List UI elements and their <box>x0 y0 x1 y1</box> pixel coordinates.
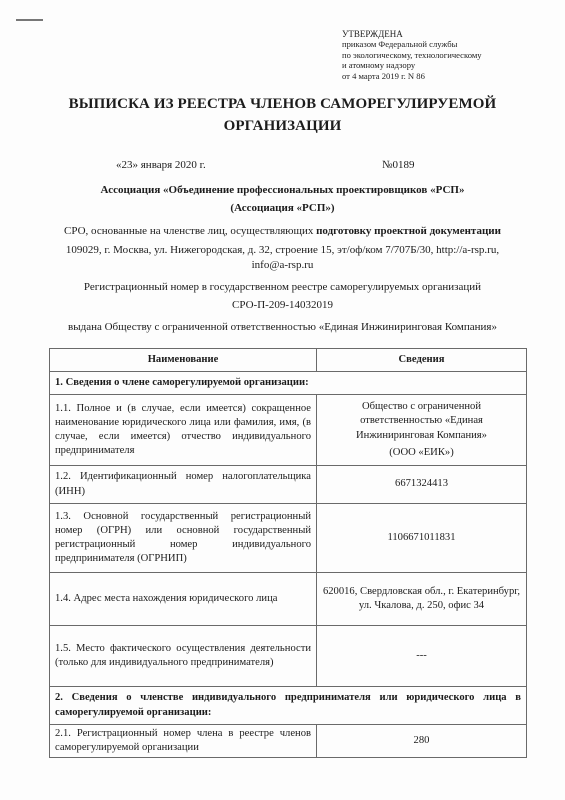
document-date: «23» января 2020 г. <box>116 159 206 171</box>
row-1-1-value: Общество с ограниченной ответственностью… <box>317 395 527 466</box>
document-title-line1: ВЫПИСКА ИЗ РЕЕСТРА ЧЛЕНОВ САМОРЕГУЛИРУЕМ… <box>0 93 565 115</box>
sro-activity: подготовку проектной документации <box>316 225 501 237</box>
approval-line: по экологическому, технологическому <box>342 50 482 60</box>
document-number: №0189 <box>382 159 415 171</box>
row-1-1-value-short: (ООО «ЕИК») <box>322 446 521 460</box>
row-1-2-value: 6671324413 <box>317 466 527 504</box>
table-header-row: Наименование Сведения <box>50 349 527 372</box>
approval-line: приказом Федеральной службы <box>342 39 482 49</box>
issued-to: выдана Обществу с ограниченной ответстве… <box>0 320 565 334</box>
document-title: ВЫПИСКА ИЗ РЕЕСТРА ЧЛЕНОВ САМОРЕГУЛИРУЕМ… <box>0 93 565 137</box>
registry-table: Наименование Сведения 1. Сведения о член… <box>49 348 527 758</box>
row-1-1-value-full: Общество с ограниченной ответственностью… <box>322 400 521 443</box>
row-1-4-name: 1.4. Адрес места нахождения юридического… <box>50 573 317 626</box>
organization-short-name: (Ассоциация «РСП») <box>0 201 565 215</box>
row-1-5-value: --- <box>317 626 527 687</box>
row-1-4-value: 620016, Свердловская обл., г. Екатеринбу… <box>317 573 527 626</box>
approval-stamp: УТВЕРЖДЕНА приказом Федеральной службы п… <box>342 29 482 81</box>
row-1-3-name: 1.3. Основной государственный регистраци… <box>50 504 317 573</box>
table-row: 1.5. Место фактического осуществления де… <box>50 626 527 687</box>
row-2-1-value: 280 <box>317 725 527 758</box>
row-1-1-name: 1.1. Полное и (в случае, если имеется) с… <box>50 395 317 466</box>
table-row: 1.3. Основной государственный регистраци… <box>50 504 527 573</box>
organization-address: 109029, г. Москва, ул. Нижегородская, д.… <box>0 243 565 257</box>
row-1-5-name: 1.5. Место фактического осуществления де… <box>50 626 317 687</box>
section-2-title: 2. Сведения о членстве индивидуального п… <box>50 687 527 725</box>
row-2-1-name: 2.1. Регистрационный номер члена в реест… <box>50 725 317 758</box>
column-header-value: Сведения <box>317 349 527 372</box>
registry-label: Регистрационный номер в государственном … <box>0 280 565 294</box>
approval-line: от 4 марта 2019 г. N 86 <box>342 71 482 81</box>
table-row: 1.1. Полное и (в случае, если имеется) с… <box>50 395 527 466</box>
sro-type: СРО, основанные на членстве лиц, осущест… <box>0 224 565 238</box>
registry-number: СРО-П-209-14032019 <box>0 298 565 312</box>
column-header-name: Наименование <box>50 349 317 372</box>
sro-type-text: СРО, основанные на членстве лиц, осущест… <box>64 225 316 237</box>
section-1-title: 1. Сведения о члене саморегулируемой орг… <box>50 372 527 395</box>
organization-email: info@a-rsp.ru <box>0 258 565 272</box>
organization-name: Ассоциация «Объединение профессиональных… <box>0 183 565 197</box>
approval-heading: УТВЕРЖДЕНА <box>342 29 482 39</box>
document-title-line2: ОРГАНИЗАЦИИ <box>0 115 565 137</box>
row-1-2-name: 1.2. Идентификационный номер налогоплате… <box>50 466 317 504</box>
scan-artifact-mark <box>16 19 43 21</box>
section-row: 1. Сведения о члене саморегулируемой орг… <box>50 372 527 395</box>
table-row: 1.4. Адрес места нахождения юридического… <box>50 573 527 626</box>
table-row: 2.1. Регистрационный номер члена в реест… <box>50 725 527 758</box>
section-row: 2. Сведения о членстве индивидуального п… <box>50 687 527 725</box>
approval-line: и атомному надзору <box>342 60 482 70</box>
row-1-3-value: 1106671011831 <box>317 504 527 573</box>
table-row: 1.2. Идентификационный номер налогоплате… <box>50 466 527 504</box>
